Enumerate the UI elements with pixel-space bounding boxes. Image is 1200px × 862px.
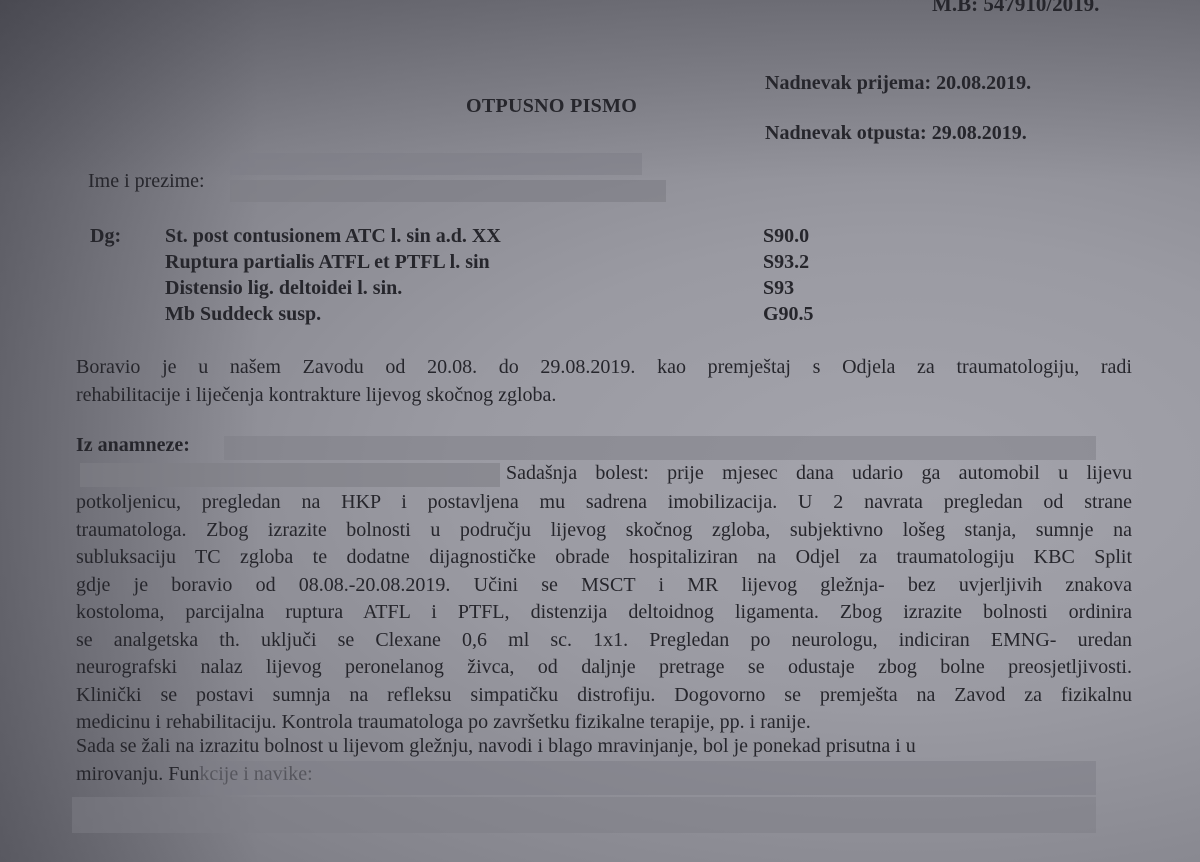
paragraph-line: Sada se žali na izrazitu bolnost u lijev… [76, 733, 1116, 761]
paragraph-line: rehabilitacije i liječenja kontrakture l… [76, 382, 1132, 410]
diagnosis-code: S90.0 [763, 225, 809, 248]
patient-name-redaction [230, 153, 642, 175]
paragraph-line: neurografski nalaz lijevog peronelanog ž… [76, 654, 1132, 682]
paragraph-line: Klinički se postavi sumnja na refleksu s… [76, 682, 1132, 710]
diagnosis-code: G90.5 [763, 303, 814, 326]
patient-name-label: Ime i prezime: [88, 170, 205, 193]
admission-date: Nadnevak prijema: 20.08.2019. [765, 72, 1031, 95]
record-number: M.B: 547910/2019. [932, 0, 1099, 17]
diagnosis-code: S93.2 [763, 251, 809, 274]
stay-paragraph: Boravio je u našem Zavodu od 20.08. do 2… [76, 354, 1132, 409]
patient-name-redaction [230, 180, 666, 202]
paragraph-line: se analgetska th. uključi se Clexane 0,6… [76, 627, 1132, 655]
anamnesis-redaction [80, 463, 500, 487]
anamnesis-redaction [224, 436, 1096, 460]
functions-redaction [200, 761, 1096, 795]
paragraph-line: Boravio je u našem Zavodu od 20.08. do 2… [76, 354, 1132, 382]
discharge-date: Nadnevak otpusta: 29.08.2019. [765, 122, 1027, 145]
paragraph-line: subluksaciju TC zgloba te dodatne dijagn… [76, 544, 1132, 572]
diagnosis-text: Distensio lig. deltoidei l. sin. [165, 277, 402, 300]
diagnosis-text: St. post contusionem ATC l. sin a.d. XX [165, 225, 501, 248]
anamnesis-label: Iz anamneze: [76, 434, 190, 457]
anamnesis-first-line: Sadašnja bolest: prije mjesec dana udari… [506, 462, 1132, 485]
paragraph-line: traumatologa. Zbog izrazite bolnosti u p… [76, 517, 1132, 545]
diagnosis-text: Mb Suddeck susp. [165, 303, 321, 326]
document-title: OTPUSNO PISMO [466, 95, 637, 118]
paragraph-line: gdje je boravio od 08.08.-20.08.2019. Uč… [76, 572, 1132, 600]
diagnosis-code: S93 [763, 277, 794, 300]
anamnesis-paragraph: potkoljenicu, pregledan na HKP i postavl… [76, 489, 1132, 737]
diagnosis-text: Ruptura partialis ATFL et PTFL l. sin [165, 251, 490, 274]
diagnosis-label: Dg: [90, 225, 121, 248]
functions-redaction [72, 797, 1096, 833]
paragraph-line: potkoljenicu, pregledan na HKP i postavl… [76, 489, 1132, 517]
paragraph-line: kostoloma, parcijalna ruptura ATFL i PTF… [76, 599, 1132, 627]
